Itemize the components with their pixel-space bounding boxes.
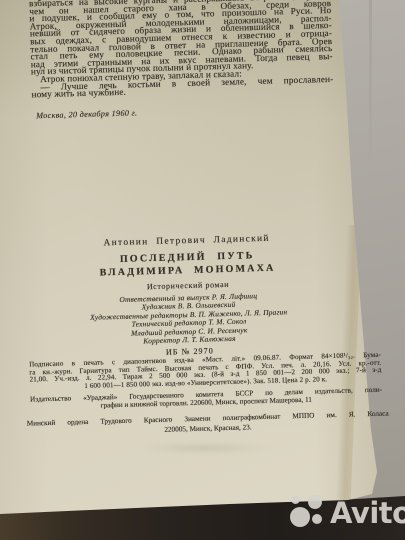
avito-watermark: Avito [0,0,405,540]
avito-watermark-label: Avito [330,496,405,530]
book-page-photo: взбираться на высокие курганы и расспраш… [0,0,405,540]
avito-logo-icon [312,514,322,524]
avito-logo-icon [290,507,310,527]
avito-logo-icon [291,495,300,504]
avito-logo-icon [308,495,322,509]
